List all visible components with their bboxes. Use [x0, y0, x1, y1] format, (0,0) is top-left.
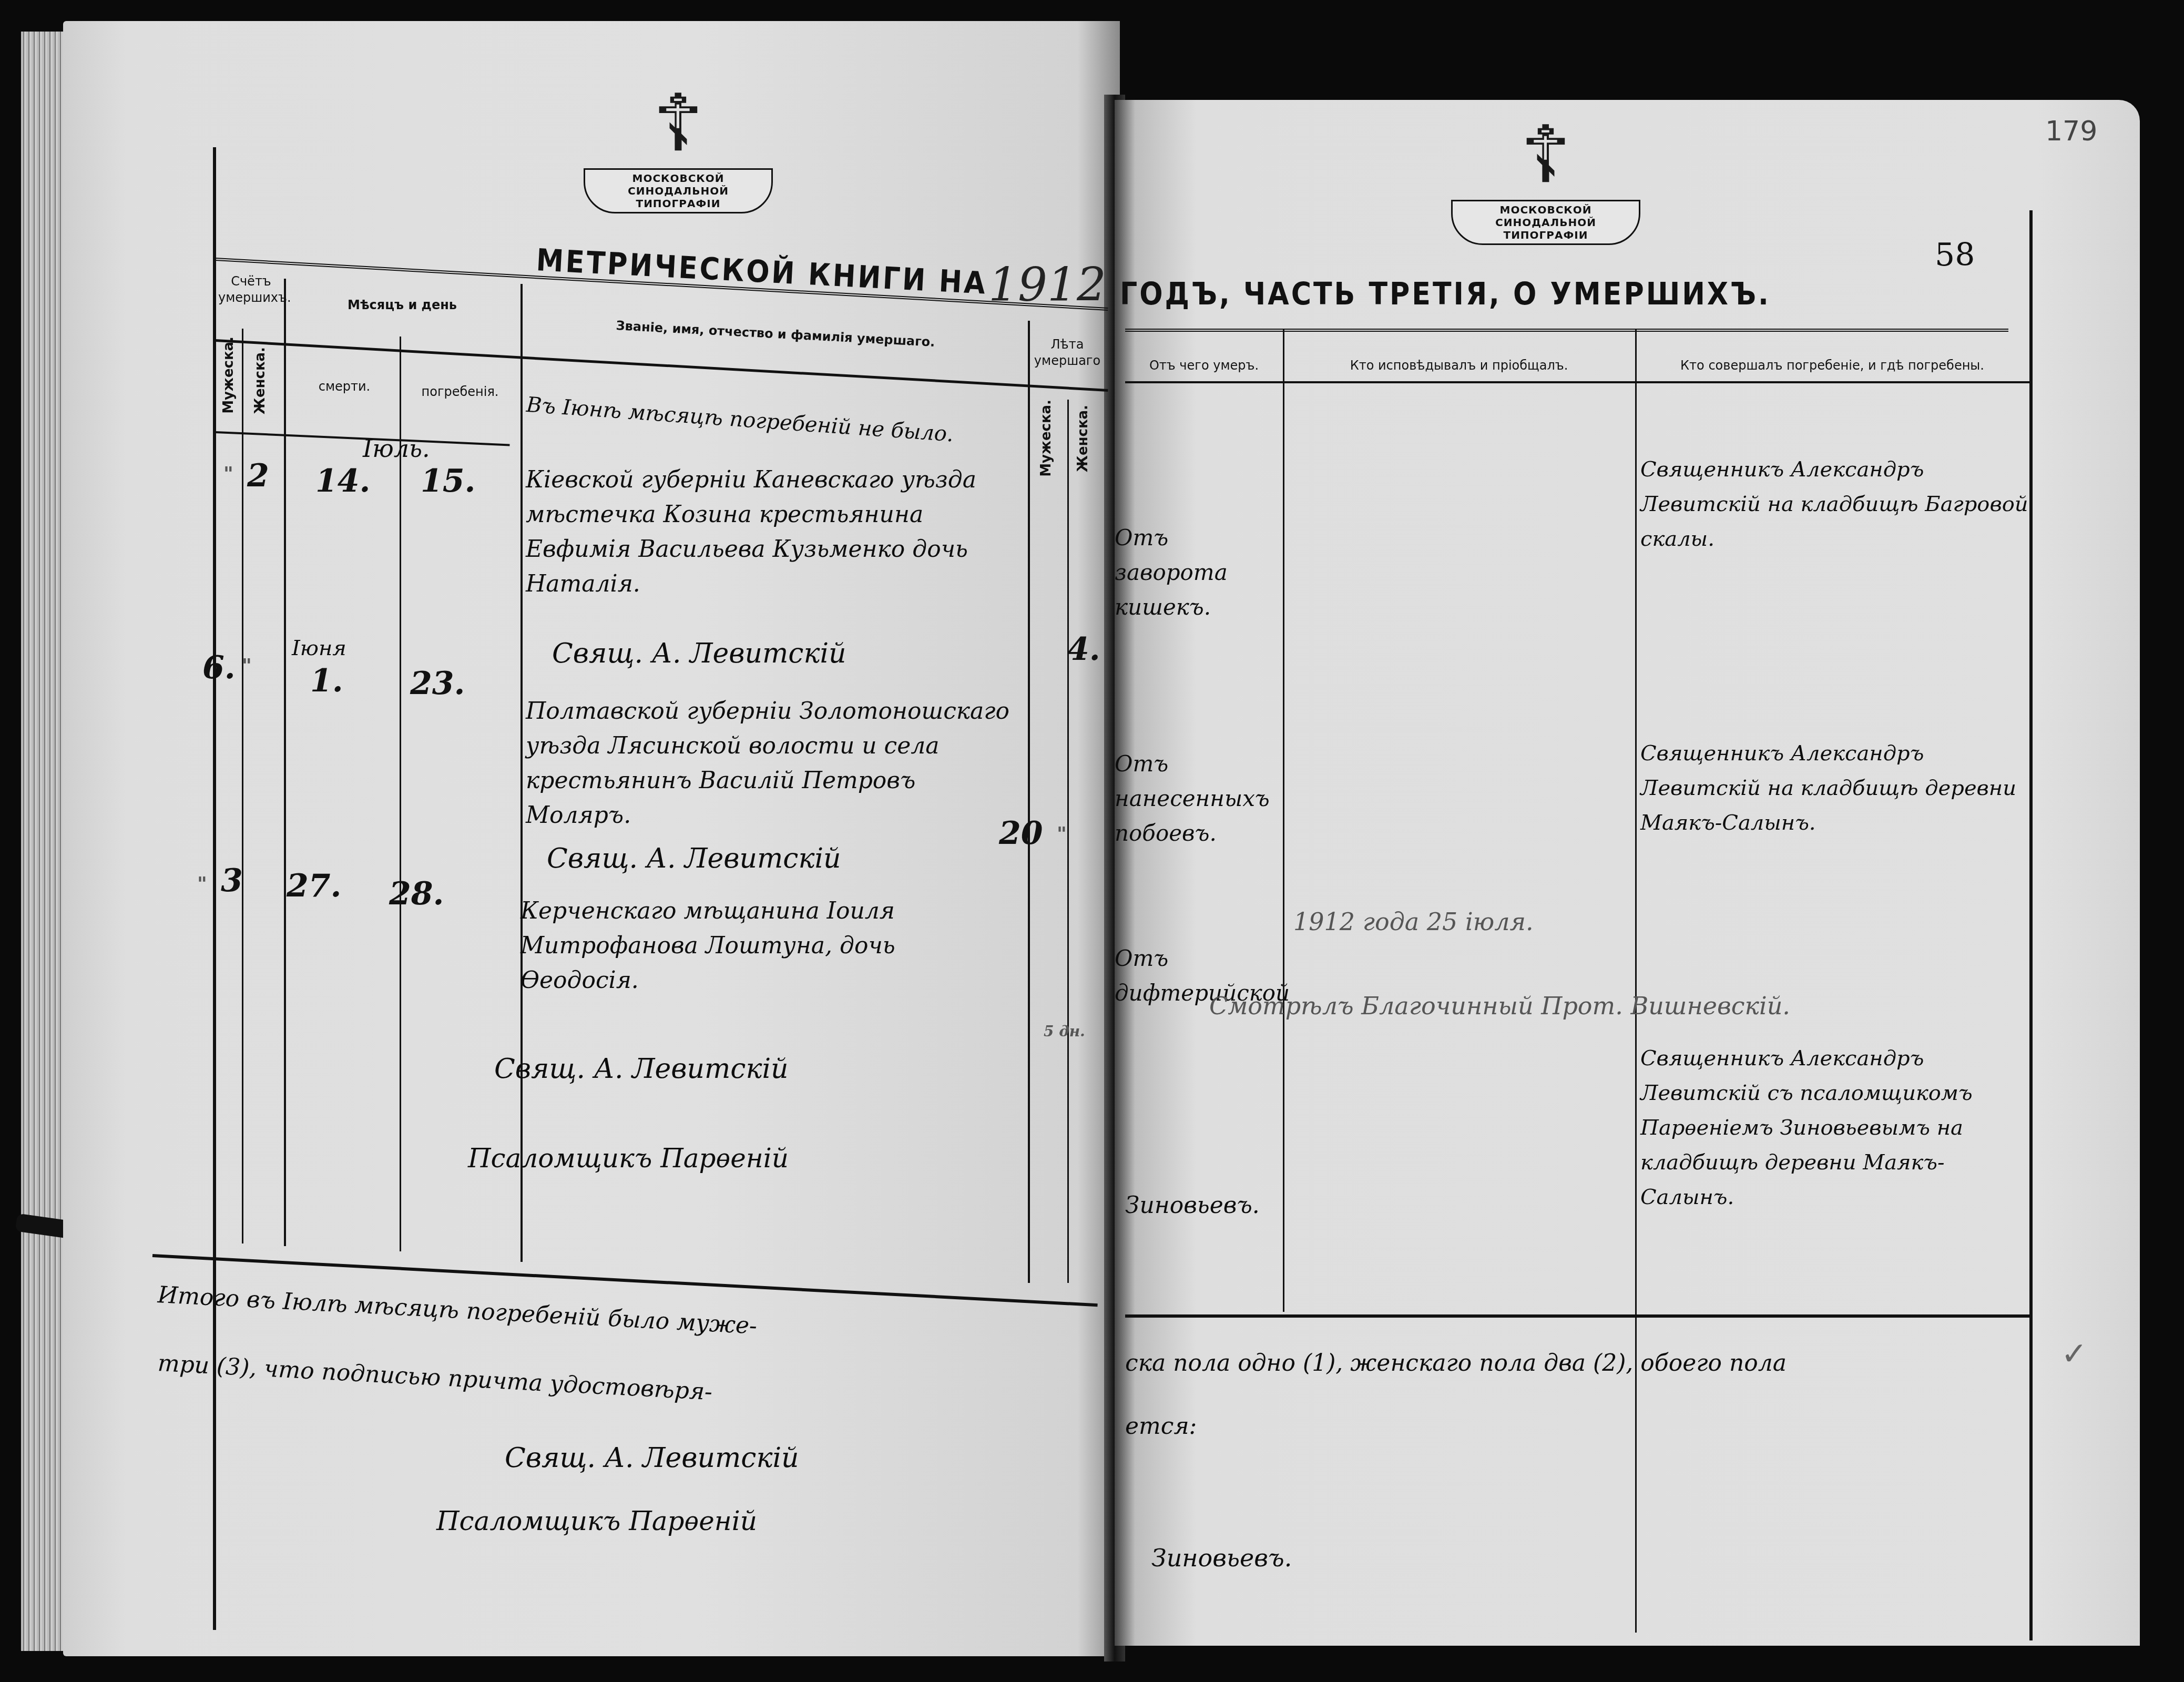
summary-line2-right: ется: [1125, 1409, 1197, 1444]
double-headed-eagle-icon: ☦ [1451, 110, 1640, 200]
rule-col [1028, 321, 1030, 1283]
table-psalmist-surname: Зиновьевъ. [1125, 1188, 1260, 1223]
record-1-death-day: 14. [315, 463, 370, 499]
record-1-priest-signature: Свящ. А. Левитскій [552, 636, 846, 671]
rule-col [284, 279, 286, 1246]
header-burial-by: Кто совершалъ погребеніе, и гдѣ погребен… [1640, 358, 2024, 374]
rule-col [521, 284, 523, 1262]
right-page [1115, 100, 2140, 1646]
record-3-burial-by: Священникъ Александръ Левитскій съ псало… [1640, 1041, 2029, 1215]
summary-sig-psalmist-surname: Зиновьевъ. [1151, 1541, 1292, 1575]
crest-left: ☦ МОСКОВСКОЙ СИНОДАЛЬНОЙ ТИПОГРАФІИ [584, 79, 773, 210]
archive-folio: 179 [2045, 116, 2097, 147]
record-3-age-female: 5 дн. [1044, 1023, 1085, 1040]
record-2-name: Полтавской губерніи Золотоношскаго уѣзда… [526, 694, 1020, 833]
month-label-july: Іюль. [363, 431, 430, 466]
record-2-death-month: Іюня [292, 631, 346, 666]
record-2-age-male: 20 [999, 815, 1043, 852]
header-count-male: Мужеска. [221, 337, 237, 414]
revision-note-date: 1912 года 25 іюля. [1293, 904, 1534, 939]
header-cause: Отъ чего умеръ. [1130, 358, 1278, 374]
header-age-female: Женска. [1075, 405, 1091, 472]
crest-ribbon-text: МОСКОВСКОЙ СИНОДАЛЬНОЙ ТИПОГРАФІИ [584, 168, 773, 213]
record-3-count-female: 3 [221, 862, 243, 899]
summary-sig-psalmist: Псаломщикъ Парѳеній [436, 1504, 757, 1538]
record-1-name: Кіевской губерніи Каневскаго уѣзда мѣсте… [526, 463, 1020, 602]
record-2-priest-signature: Свящ. А. Левитскій [547, 841, 841, 876]
rule-col [1283, 329, 1284, 1312]
rule-frame-right [2029, 210, 2033, 1640]
record-3-death-day: 27. [287, 868, 341, 904]
summary-rule-right [1125, 1314, 2029, 1318]
rule-col [1635, 329, 1637, 1633]
record-1-cause: Отъ заворота кишекъ. [1115, 521, 1283, 625]
header-age: Лѣта умершаго [1030, 337, 1104, 369]
record-1-count-male: " [223, 463, 233, 485]
header-burial: погребенія. [405, 384, 515, 400]
check-mark-icon: ✓ [2061, 1336, 2087, 1372]
crest-right: ☦ МОСКОВСКОЙ СИНОДАЛЬНОЙ ТИПОГРАФІИ [1451, 110, 1640, 242]
record-2-count-male: 6. [202, 649, 236, 686]
record-1-age-female: 4. [1067, 631, 1100, 668]
summary-line1-right: ска пола одно (1), женскаго пола два (2)… [1125, 1346, 2029, 1381]
page-number: 58 [1935, 237, 1975, 273]
record-1-burial-day: 15. [421, 463, 475, 499]
title-right: ГОДЪ, ЧАСТЬ ТРЕТІЯ, О УМЕРШИХЪ. [1120, 276, 1771, 312]
rule-col [400, 337, 401, 1251]
summary-sig-priest: Свящ. А. Левитскій [505, 1441, 799, 1475]
subheader-rule-right [1125, 381, 2029, 383]
record-1-burial-by: Священникъ Александръ Левитскій на кладб… [1640, 452, 2029, 556]
revision-note-dean: Смотрѣлъ Благочинный Прот. Вишневскій. [1209, 988, 1790, 1023]
record-3-priest-signature: Свящ. А. Левитскій [494, 1052, 789, 1086]
page-stack-edge [21, 32, 68, 1651]
crest-ribbon-text: МОСКОВСКОЙ СИНОДАЛЬНОЙ ТИПОГРАФІИ [1451, 200, 1640, 245]
header-month-day: Мѣсяцъ и день [289, 297, 515, 313]
record-3-burial-day: 28. [389, 875, 444, 912]
table-psalmist-signature: Псаломщикъ Парѳеній [468, 1141, 789, 1176]
header-count-female: Женска. [252, 347, 268, 414]
rule-col [1067, 400, 1069, 1283]
record-3-name: Керченскаго мѣщанина Іоиля Митрофанова Л… [521, 894, 1015, 998]
double-headed-eagle-icon: ☦ [584, 79, 773, 168]
header-death: смерти. [294, 379, 394, 395]
header-rule-right [1125, 329, 2008, 332]
record-2-burial-by: Священникъ Александръ Левитскій на кладб… [1640, 736, 2029, 840]
record-2-death-day: 1. [310, 662, 343, 699]
record-2-age-female: " [1057, 823, 1067, 845]
header-confessor: Кто исповѣдывалъ и пріобщалъ. [1288, 358, 1630, 374]
record-3-count-male: " [197, 873, 207, 895]
header-count: Счётъ умершихъ. [218, 273, 284, 306]
record-2-count-female: " [242, 655, 252, 677]
record-2-cause: Отъ нанесенныхъ побоевъ. [1115, 747, 1283, 851]
record-1-count-female: 2 [247, 457, 269, 494]
rule-frame-left [213, 147, 216, 1630]
record-2-burial-day: 23. [410, 665, 465, 702]
rule-col [242, 329, 243, 1243]
header-age-male: Мужеска. [1038, 400, 1054, 477]
